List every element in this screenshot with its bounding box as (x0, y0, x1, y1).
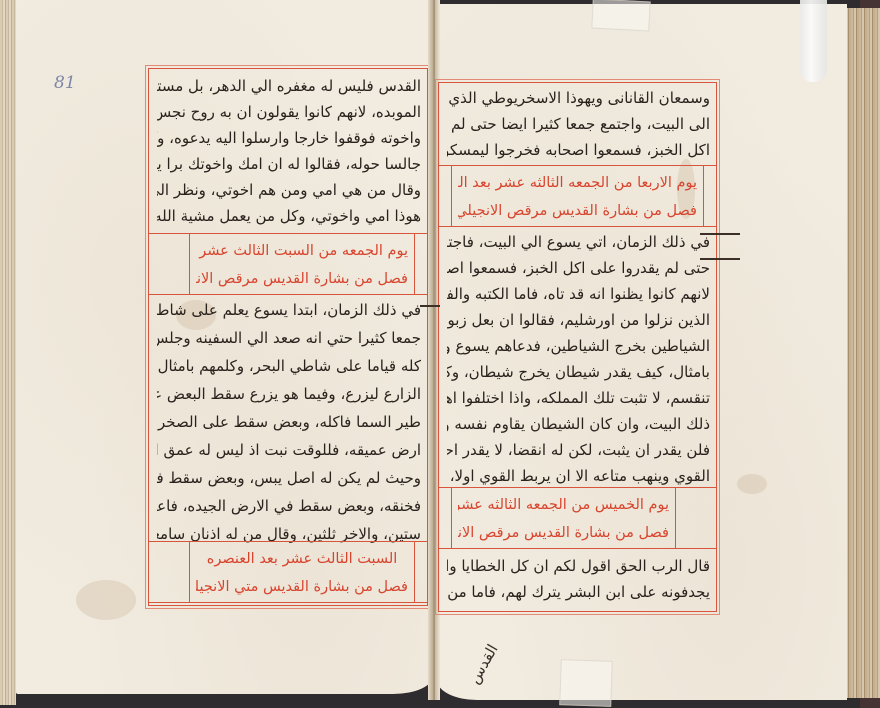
text-line: وقال من هي امي ومن هم اخوتي، ونظر الي ال… (157, 177, 421, 203)
text-line: كله قياما على شاطي البحر، وكلمهم بامثال … (157, 353, 421, 379)
left-text-frame: القدس فليس له مغفره الي الدهر، بل مستوجب… (148, 68, 428, 606)
rubric-line: فصل من بشارة القديس مرقص الانجيلي (196, 265, 408, 293)
text-line: بامثال، كيف يقدر شيطان يخرج شيطان، وكل م… (447, 359, 710, 385)
text-line: فخنقه، وبعض سقط في الارض الجيده، فاعطي ث… (157, 493, 421, 519)
right-text-frame: وسمعان القانانى ويهوذا الاسخريوطي الذي ا… (438, 82, 717, 612)
text-line: وحيث لم يكن له اصل يبس، وبعض سقط في الشو… (157, 465, 421, 491)
text-line: الى البيت، واجتمع جمعا كثيرا ايضا حتى لم… (447, 111, 710, 137)
text-line: قال الرب الحق اقول لكم ان كل الخطايا وال… (447, 553, 710, 579)
paper-stain (737, 474, 767, 494)
text-line: حتى لم يقدروا على اكل الخبز، فسمعوا اصحا… (447, 255, 710, 281)
rubric-heading: يوم الاربعا من الجمعه الثالثه عشر بعد ال… (439, 165, 716, 227)
folio-number: 81 (54, 73, 76, 93)
text-line: في ذلك الزمان، اتي يسوع الي البيت، فاجتم… (447, 229, 710, 255)
rubric-box: السبت الثالث عشر بعد العنصره فصل من بشار… (189, 542, 415, 602)
text-line: الزارع ليزرع، وفيما هو يزرع سقط البعض عل… (157, 381, 421, 407)
text-line: وسمعان القانانى ويهوذا الاسخريوطي الذي ا… (447, 85, 710, 111)
text-line: يجدفونه على ابن البشر يترك لهم، فاما من … (447, 579, 710, 605)
rubric-box: يوم الاربعا من الجمعه الثالثه عشر بعد ال… (451, 166, 704, 226)
photo-scene: 81 القدس فليس له مغفره الي الدهر، بل مست… (0, 0, 880, 708)
text-line: واخوته فوقفوا خارجا وارسلوا اليه يدعوه، … (157, 125, 421, 151)
left-fore-edge (0, 0, 16, 705)
rubric-line: يوم الاربعا من الجمعه الثالثه عشر بعد ال… (458, 169, 697, 197)
text-line: اكل الخبز، فسمعوا اصحابه فخرجوا ليمسكوه … (447, 137, 710, 163)
text-line: في ذلك الزمان، ابتدا يسوع يعلم على شاطي … (157, 297, 421, 323)
text-line: القدس فليس له مغفره الي الدهر، بل مستوجب… (157, 73, 421, 99)
text-line: هوذا امي واخوتي، وكل من يعمل مشية الله، … (157, 203, 421, 229)
text-line: ذلك البيت، وان كان الشيطان يقاوم نفسه وي… (447, 411, 710, 437)
text-line: الشياطين بخرج الشياطين، فدعاهم يسوع وقال… (447, 333, 710, 359)
rubric-line: يوم الجمعه من السبت الثالث عشر بعد العنص… (196, 237, 408, 265)
right-fore-edge (843, 8, 880, 698)
bookmark-strip (800, 0, 827, 82)
rubric-line: فصل من بشارة القديس مرقص الانجيلي (458, 519, 669, 547)
text-line: لانهم كانوا يظنوا انه قد تاه، فاما الكتب… (447, 281, 710, 307)
text-line: تنقسم، لا تثبت تلك المملكه، واذا اختلفوا… (447, 385, 710, 411)
rubric-heading: يوم الخميس من الجمعه الثالثه عشر بعد الع… (439, 487, 716, 549)
text-line: ارض عميقه، فللوقت نبت اذ ليس له عمق ارض،… (157, 437, 421, 463)
rubric-box: يوم الخميس من الجمعه الثالثه عشر بعد الع… (451, 488, 676, 548)
rubric-heading: يوم الجمعه من السبت الثالث عشر بعد العنص… (149, 233, 427, 295)
rubric-line: فصل من بشارة القديس مرقص الانجيلي (458, 197, 697, 225)
rubric-line: يوم الخميس من الجمعه الثالثه عشر بعد الع… (458, 491, 669, 519)
tape-strip (591, 0, 650, 31)
text-line: فلن يقدر ان يثبت، لكن له انقضا، لا يقدر … (447, 437, 710, 463)
text-line: الموبده، لانهم كانوا يقولون ان به روح نج… (157, 99, 421, 125)
text-line: القوي وينهب متاعه الا ان يربط القوي اولا… (447, 463, 710, 489)
rubric-line: فصل من بشارة القديس متي الانجيلي (196, 573, 408, 601)
text-line: جالسا حوله، فقالوا له ان امك واخوتك برا … (157, 151, 421, 177)
margin-pointer-line (420, 305, 440, 307)
paper-stain (76, 580, 136, 620)
text-line: الذين نزلوا من اورشليم، فقالوا ان بعل زب… (447, 307, 710, 333)
text-line: طير السما فاكله، وبعض سقط على الصخرة، فح… (157, 409, 421, 435)
rubric-line: السبت الثالث عشر بعد العنصره (196, 545, 408, 573)
margin-pointer-line (700, 258, 740, 260)
rubric-box: يوم الجمعه من السبت الثالث عشر بعد العنص… (189, 234, 415, 294)
tape-strip (559, 659, 613, 707)
margin-pointer-line (700, 233, 740, 235)
rubric-heading: السبت الثالث عشر بعد العنصره فصل من بشار… (149, 541, 427, 603)
text-line: جمعا كثيرا حتي انه صعد الي السفينه وجلس،… (157, 325, 421, 351)
